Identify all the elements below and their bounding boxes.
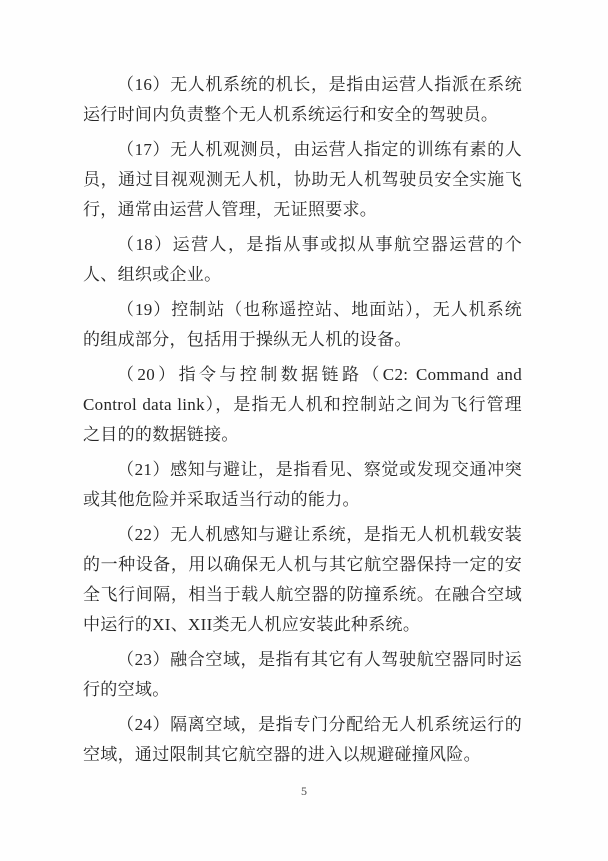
definition-paragraph-24: （24）隔离空域，是指专门分配给无人机系统运行的空域，通过限制其它航空器的进入以… <box>83 710 522 770</box>
definition-paragraph-20: （20）指令与控制数据链路（C2: Command and Control da… <box>83 360 522 450</box>
definition-paragraph-21: （21）感知与避让，是指看见、察觉或发现交通冲突或其他危险并采取适当行动的能力。 <box>83 455 522 515</box>
definition-paragraph-22: （22）无人机感知与避让系统，是指无人机机载安装的一种设备，用以确保无人机与其它… <box>83 520 522 640</box>
document-page: （16）无人机系统的机长，是指由运营人指派在系统运行时间内负责整个无人机系统运行… <box>0 0 608 861</box>
definition-paragraph-17: （17）无人机观测员，由运营人指定的训练有素的人员，通过目视观测无人机，协助无人… <box>83 135 522 225</box>
document-body: （16）无人机系统的机长，是指由运营人指派在系统运行时间内负责整个无人机系统运行… <box>83 70 522 770</box>
definition-paragraph-19: （19）控制站（也称遥控站、地面站），无人机系统的组成部分，包括用于操纵无人机的… <box>83 295 522 355</box>
definition-paragraph-23: （23）融合空域，是指有其它有人驾驶航空器同时运行的空域。 <box>83 645 522 705</box>
definition-paragraph-16: （16）无人机系统的机长，是指由运营人指派在系统运行时间内负责整个无人机系统运行… <box>83 70 522 130</box>
page-number: 5 <box>0 783 608 799</box>
definition-paragraph-18: （18）运营人，是指从事或拟从事航空器运营的个人、组织或企业。 <box>83 230 522 290</box>
